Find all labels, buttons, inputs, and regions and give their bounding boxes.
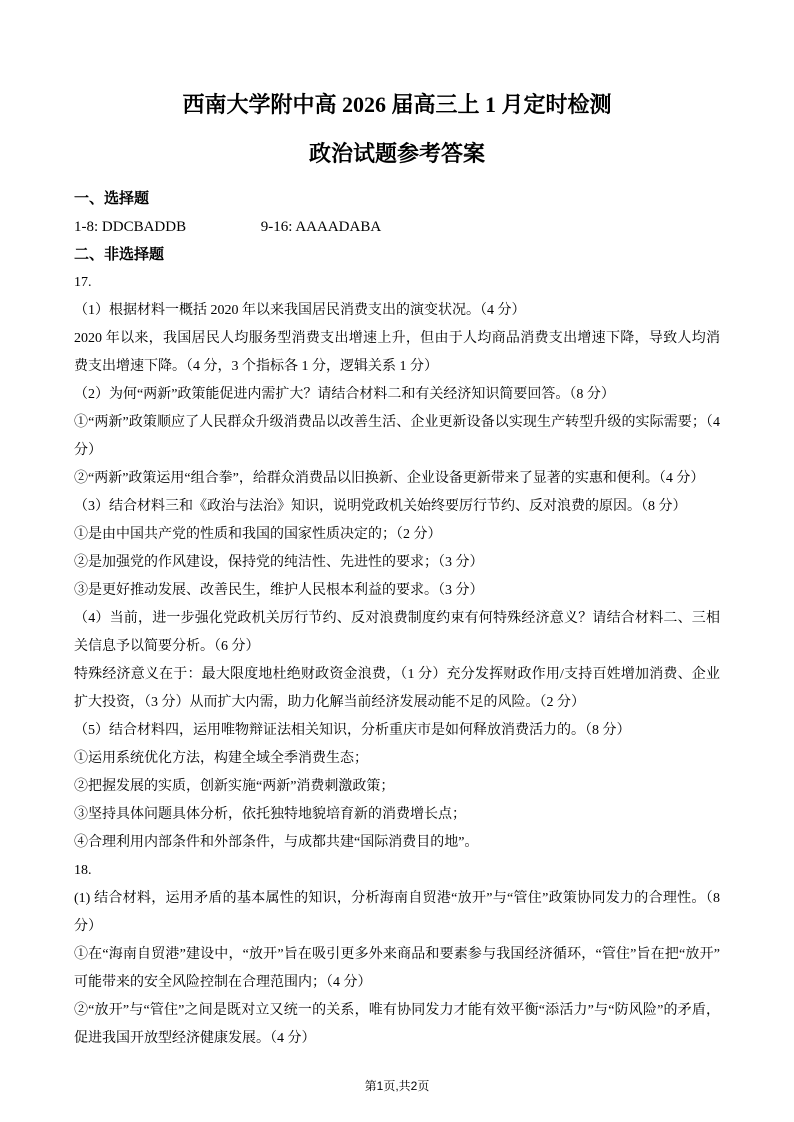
q18-paragraph: (1) 结合材料，运用矛盾的基本属性的知识，分析海南自贸港“放开”与“管住”政策… (74, 885, 720, 941)
q17-paragraph: （5）结合材料四，运用唯物辩证法相关知识，分析重庆市是如何释放消费活力的。（8 … (74, 717, 720, 745)
q17-paragraph: 特殊经济意义在于：最大限度地杜绝财政资金浪费，（1 分）充分发挥财政作用/支持百… (74, 661, 720, 717)
q17-paragraph: （1）根据材料一概括 2020 年以来我国居民消费支出的演变状况。（4 分） (74, 297, 720, 325)
q17-paragraph: ③坚持具体问题具体分析，依托独特地貌培育新的消费增长点； (74, 801, 720, 829)
q17-paragraph: ①是由中国共产党的性质和我国的国家性质决定的；（2 分） (74, 521, 720, 549)
document-subtitle: 政治试题参考答案 (74, 137, 720, 171)
answer-sheet-page: 西南大学附中高 2026 届高三上 1 月定时检测 政治试题参考答案 一、选择题… (0, 0, 794, 1122)
q17-paragraph: ④合理利用内部条件和外部条件，与成都共建“国际消费目的地”。 (74, 829, 720, 857)
q17-paragraph: ②是加强党的作风建设，保持党的纯洁性、先进性的要求；（3 分） (74, 549, 720, 577)
answers-1-8: 1-8: DDCBADDB (74, 213, 257, 241)
answers-9-16: 9-16: AAAADABA (261, 219, 381, 235)
q17-paragraph: ③是更好推动发展、改善民生，维护人民根本利益的要求。（3 分） (74, 577, 720, 605)
choice-answers-row: 1-8: DDCBADDB 9-16: AAAADABA (74, 213, 720, 241)
document-title: 西南大学附中高 2026 届高三上 1 月定时检测 (74, 88, 720, 122)
page-footer: 第1页,共2页 (0, 1078, 794, 1094)
question-18: 18. (1) 结合材料，运用矛盾的基本属性的知识，分析海南自贸港“放开”与“管… (74, 857, 720, 1053)
question-17: 17. （1）根据材料一概括 2020 年以来我国居民消费支出的演变状况。（4 … (74, 269, 720, 857)
q17-paragraph: （4）当前，进一步强化党政机关厉行节约、反对浪费制度约束有何特殊经济意义？请结合… (74, 605, 720, 661)
q17-paragraph: ①运用系统优化方法，构建全域全季消费生态； (74, 745, 720, 773)
section-heading-free-response: 二、非选择题 (74, 241, 720, 269)
q18-paragraph: ①在“海南自贸港”建设中，“放开”旨在吸引更多外来商品和要素参与我国经济循环，“… (74, 941, 720, 997)
q17-paragraph: ②“两新”政策运用“组合拳”，给群众消费品以旧换新、企业设备更新带来了显著的实惠… (74, 465, 720, 493)
section-heading-multiple-choice: 一、选择题 (74, 185, 720, 213)
q17-paragraph: ②把握发展的实质，创新实施“两新”消费刺激政策； (74, 773, 720, 801)
q17-paragraph: （3）结合材料三和《政治与法治》知识，说明党政机关始终要厉行节约、反对浪费的原因… (74, 493, 720, 521)
q17-paragraph: ①“两新”政策顺应了人民群众升级消费品以改善生活、企业更新设备以实现生产转型升级… (74, 409, 720, 465)
q18-paragraph: ②“放开”与“管住”之间是既对立又统一的关系，唯有协同发力才能有效平衡“添活力”… (74, 997, 720, 1053)
q17-paragraph: 2020 年以来，我国居民人均服务型消费支出增速上升，但由于人均商品消费支出增速… (74, 325, 720, 381)
q17-paragraph: （2）为何“两新”政策能促进内需扩大？请结合材料二和有关经济知识简要回答。（8 … (74, 381, 720, 409)
question-18-number: 18. (74, 857, 720, 885)
question-17-number: 17. (74, 269, 720, 297)
